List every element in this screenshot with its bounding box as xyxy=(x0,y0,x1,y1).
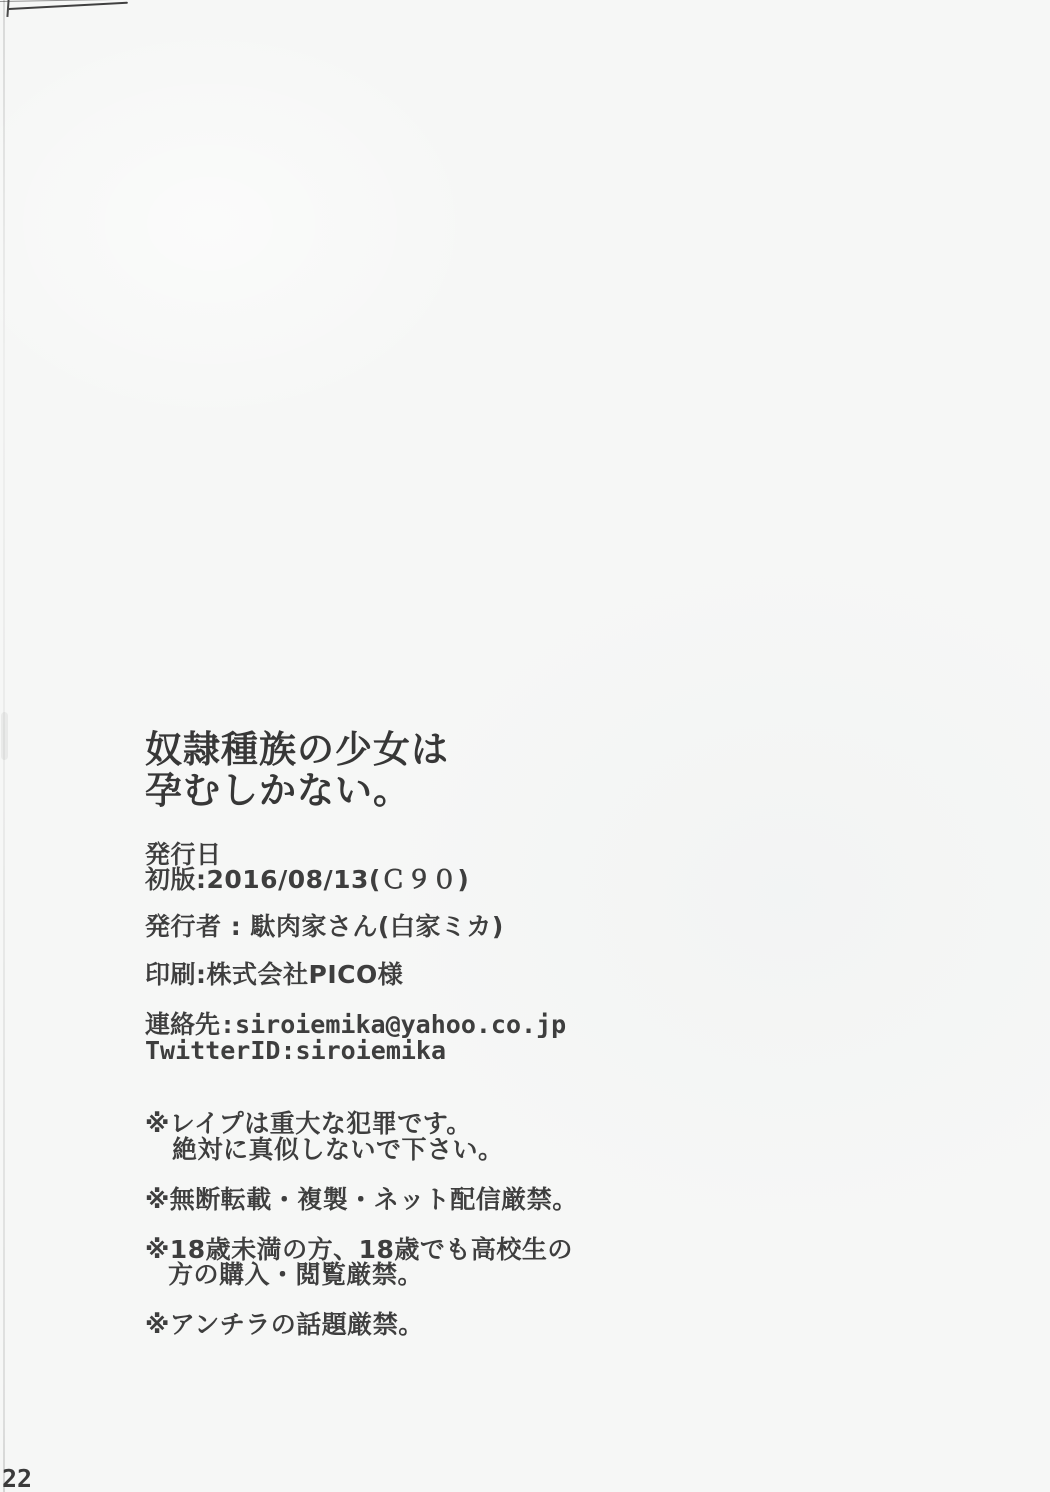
doujin-title-line2: 孕むしかない。 xyxy=(145,770,411,811)
notice-rape-warning-line2: 絶対に真似しないで下さい。 xyxy=(172,1136,504,1163)
scan-corner-vertical-line xyxy=(6,0,9,17)
scan-corner-diagonal-line xyxy=(8,2,128,10)
page-number: 22 xyxy=(2,1464,32,1492)
notice-anchira-topic-ban: ※アンチラの話題厳禁。 xyxy=(145,1311,424,1338)
notice-age-restriction-line1: ※18歳未満の方、18歳でも高校生の xyxy=(145,1236,573,1263)
scanned-colophon-page: 奴隷種族の少女は 孕むしかない。 発行日 初版:2016/08/13(Ｃ９０) … xyxy=(0,0,1050,1492)
scan-top-edge-line xyxy=(0,0,132,2)
doujin-title-line1: 奴隷種族の少女は xyxy=(145,729,449,770)
scan-left-smudge xyxy=(1,712,8,760)
contact-email: 連絡先:siroiemika@yahoo.co.jp xyxy=(145,1011,566,1038)
notice-no-reproduction: ※無断転載・複製・ネット配信厳禁。 xyxy=(145,1186,578,1213)
publish-date-label: 発行日 xyxy=(145,841,222,868)
scan-left-edge-line xyxy=(3,0,5,1492)
twitter-id: TwitterID:siroiemika xyxy=(145,1037,446,1064)
first-edition-date: 初版:2016/08/13(Ｃ９０) xyxy=(145,866,469,893)
publisher-info: 発行者 : 駄肉家さん(白家ミカ) xyxy=(145,913,504,940)
printer-info: 印刷:株式会社PICO様 xyxy=(145,961,403,988)
notice-rape-warning-line1: ※レイプは重大な犯罪です。 xyxy=(145,1110,472,1137)
notice-age-restriction-line2: 方の購入・閲覧厳禁。 xyxy=(168,1261,423,1288)
